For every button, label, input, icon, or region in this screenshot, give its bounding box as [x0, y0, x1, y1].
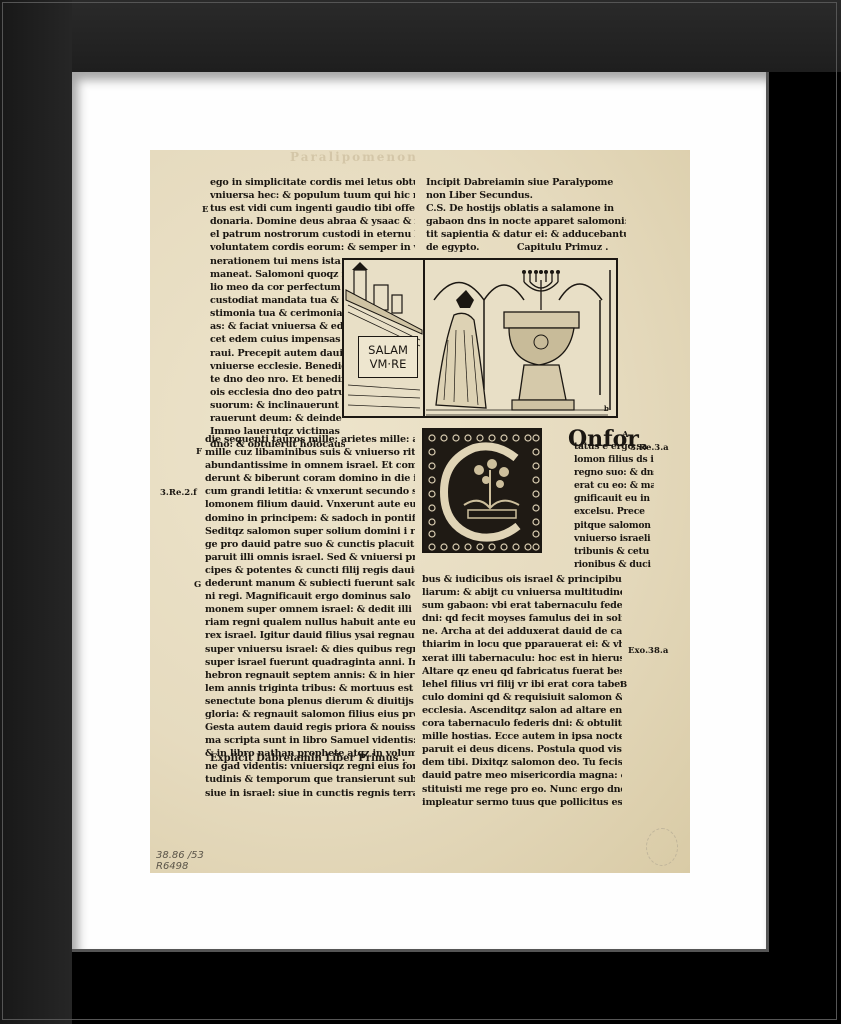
decorated-initial-icon	[424, 430, 542, 553]
woodcut-signature: b	[604, 404, 609, 413]
woodcut-caption: SALAM VM·RE	[358, 336, 418, 378]
explicit-line: Explicit Dabreiamin Liber Primus .	[210, 753, 405, 764]
text-line: ni regi. Magnificauit ergo dominus salo	[205, 590, 415, 603]
text-line: lomonem filium dauid. Vnxerunt aute eu	[205, 498, 415, 511]
text-line: super vniuersu israel: & dies quibus reg…	[205, 643, 415, 656]
right-column-heading: Incipit Dabreiamin siue Paralypome non L…	[426, 176, 626, 255]
text-line: tus est vidi cum ingenti gaudio tibi off…	[210, 202, 415, 215]
text-line: vniuersa hec: & populum tuum qui hic rep	[210, 189, 415, 202]
text-line: cet edem cuius impensas pa	[210, 333, 345, 346]
text-line: hebron regnauit septem annis: & in hieru…	[205, 669, 415, 682]
text-line: lem annis triginta tribus: & mortuus est…	[205, 682, 415, 695]
text-line: derunt & biberunt coram domino in die il…	[205, 472, 415, 485]
text-line: tudinis & temporum que transierunt sub e…	[205, 773, 415, 786]
left-column-narrow: maneat. Salomoni quoqz fi lio meo da cor…	[210, 268, 345, 451]
text-line: paruit ei deus dicens. Postula quod vis:…	[422, 743, 622, 756]
text-line: as: & faciat vniuersa & edifi	[210, 320, 345, 333]
text-line: sum gabaon: vbi erat tabernaculu federis	[422, 599, 622, 612]
accession-line: R6498	[156, 861, 204, 872]
text-line: mille hostias. Ecce autem in ipsa nocte …	[422, 730, 622, 743]
text-line: xerat illi tabernaculu: hoc est in hieru…	[422, 652, 622, 665]
heading-line: de egypto. Capitulu Primuz .	[426, 241, 626, 254]
text-line: riam regni qualem nullus habuit ante eu	[205, 616, 415, 629]
margin-note-ref-3-re-2-f: 3.Re.2.f	[160, 488, 197, 498]
text-line: ma scripta sunt in libro Samuel videntis…	[205, 734, 415, 747]
margin-note-e: E	[202, 205, 208, 215]
heading-line: C.S. De hostijs oblatis a salamone in	[426, 202, 626, 215]
text-line: tatus e ergo sa	[574, 440, 654, 453]
text-line: custodiat mandata tua & te	[210, 294, 345, 307]
text-line: regno suo: & dns	[574, 466, 654, 479]
text-line: paruit illi omnis israel. Sed & vniuersi…	[205, 551, 415, 564]
text-line: ne. Archa at dei adduxerat dauid de cari…	[422, 625, 622, 638]
text-line: cum grandi letitia: & vnxerunt secundo s…	[205, 485, 415, 498]
text-line: vniuerse ecclesie. Benedici	[210, 360, 345, 373]
heading-line: Incipit Dabreiamin siue Paralypome	[426, 176, 626, 189]
manuscript-page: Paralipomenon ego in simplicitate cordis…	[150, 150, 690, 873]
text-line: excelsu. Prece	[574, 505, 654, 518]
right-column-narrow: tatus e ergo sa lomon filius ds i regno …	[574, 440, 654, 571]
text-line: lio meo da cor perfectum vt	[210, 281, 345, 294]
text-line: abundantissime in omnem israel. Et come	[205, 459, 415, 472]
text-line: thiarim in locu que pparauerat ei: & vbi…	[422, 638, 622, 651]
margin-note-f: F	[196, 447, 202, 457]
text-line: stituisti me rege pro eo. Nunc ergo dne …	[422, 783, 622, 796]
text-line: ois ecclesia dno deo patrum	[210, 386, 345, 399]
text-line: pitque salomon	[574, 519, 654, 532]
text-line: liarum: & abijt cu vniuersa multitudine …	[422, 586, 622, 599]
text-line: dem tibi. Dixitqz salomon deo. Tu fecist…	[422, 756, 622, 769]
text-line: domino in principem: & sadoch in pontifi…	[205, 512, 415, 525]
picture-frame: Paralipomenon ego in simplicitate cordis…	[0, 0, 841, 1024]
right-column-bottom: bus & iudicibus ois israel & principibus…	[422, 573, 622, 809]
collection-stamp	[646, 828, 678, 866]
text-line: rauerunt deum: & deinde rege.	[210, 412, 345, 425]
running-head-ghost: Paralipomenon	[290, 150, 490, 164]
text-line: vniuerso israeli	[574, 532, 654, 545]
text-line: gloria: & regnauit salomon filius eius p…	[205, 708, 415, 721]
caption-line: VM·RE	[359, 357, 417, 371]
text-line: stimonia tua & cerimonias tu	[210, 307, 345, 320]
left-column-top: ego in simplicitate cordis mei letus obt…	[210, 176, 415, 268]
woodcut-solomon-at-altar: SALAM VM·RE b	[342, 258, 618, 418]
text-line: Altare qz eneu qd fabricatus fuerat bese	[422, 665, 622, 678]
text-line: dni: qd fecit moyses famulus dei in soli…	[422, 612, 622, 625]
text-line: erat cu eo: & ma	[574, 479, 654, 492]
text-line: super israel fuerunt quadraginta anni. I…	[205, 656, 415, 669]
text-line: ego in simplicitate cordis mei letus obt…	[210, 176, 415, 189]
accession-line: 38.86 /53	[156, 850, 204, 861]
text-line: voluntatem cordis eorum: & semper in ve	[210, 241, 415, 254]
text-line: monem super omnem israel: & dedit illi g…	[205, 603, 415, 616]
text-line: donaria. Domine deus abraa & ysaac & isr…	[210, 215, 415, 228]
text-line: rionibus & duci	[574, 558, 654, 571]
text-line: dederunt manum & subiecti fuerunt salomo	[205, 577, 415, 590]
heading-line: tit sapientia & datur ei: & adducebantur…	[426, 228, 626, 241]
accession-number: 38.86 /53 R6498	[156, 850, 204, 872]
heading-line: gabaon dns in nocte apparet salomoni: pe	[426, 215, 626, 228]
text-line: cipes & potentes & cuncti filij regis da…	[205, 564, 415, 577]
text-line: Gesta autem dauid regis priora & nouissi	[205, 721, 415, 734]
heading-line: non Liber Secundus.	[426, 189, 626, 202]
text-line: tribunis & cetu	[574, 545, 654, 558]
text-line: ecclesia. Ascenditqz salon ad altare ene…	[422, 704, 622, 717]
left-column-bottom: die sequenti tauros mille: arietes mille…	[205, 433, 415, 800]
text-line: rex israel. Igitur dauid filius ysai reg…	[205, 629, 415, 642]
text-line: raui. Precepit autem dauid	[210, 347, 345, 360]
text-line: senectute bona plenus dierum & diuitijs …	[205, 695, 415, 708]
text-line: lehel filius vri filij vr ibi erat cora …	[422, 678, 622, 691]
text-line: suorum: & inclinauerunt se & ado	[210, 399, 345, 412]
text-line: te dno deo nro. Et benedixit	[210, 373, 345, 386]
decorated-initial-c	[422, 428, 542, 553]
text-line: bus & iudicibus ois israel & principibus…	[422, 573, 622, 586]
text-line: mille cuz libaminibus suis & vniuerso ri…	[205, 446, 415, 459]
caption-line: SALAM	[359, 343, 417, 357]
text-line: ge pro dauid patre suo & cunctis placuit…	[205, 538, 415, 551]
frame-top-rail	[0, 0, 841, 72]
text-line: lomon filius ds i	[574, 453, 654, 466]
text-line: Seditqz salomon super solium domini i re	[205, 525, 415, 538]
text-line: culo domini qd & requisiuit salomon & om…	[422, 691, 622, 704]
text-line: el patrum nostrorum custodi in eternu ha…	[210, 228, 415, 241]
text-line: impleatur sermo tuus que pollicitus es d…	[422, 796, 622, 809]
text-line: gnificauit eu in	[574, 492, 654, 505]
text-line: cora tabernaculo federis dni: & obtulit …	[422, 717, 622, 730]
text-line: siue in israel: siue in cunctis regnis t…	[205, 787, 415, 800]
text-line: die sequenti tauros mille: arietes mille…	[205, 433, 415, 446]
frame-left-rail	[0, 0, 72, 1024]
text-line: maneat. Salomoni quoqz fi	[210, 268, 345, 281]
margin-note-exo-38-a: Exo.38.a	[628, 646, 668, 656]
margin-note-g: G	[194, 580, 201, 590]
text-line: dauid patre meo misericordia magna: & co	[422, 769, 622, 782]
